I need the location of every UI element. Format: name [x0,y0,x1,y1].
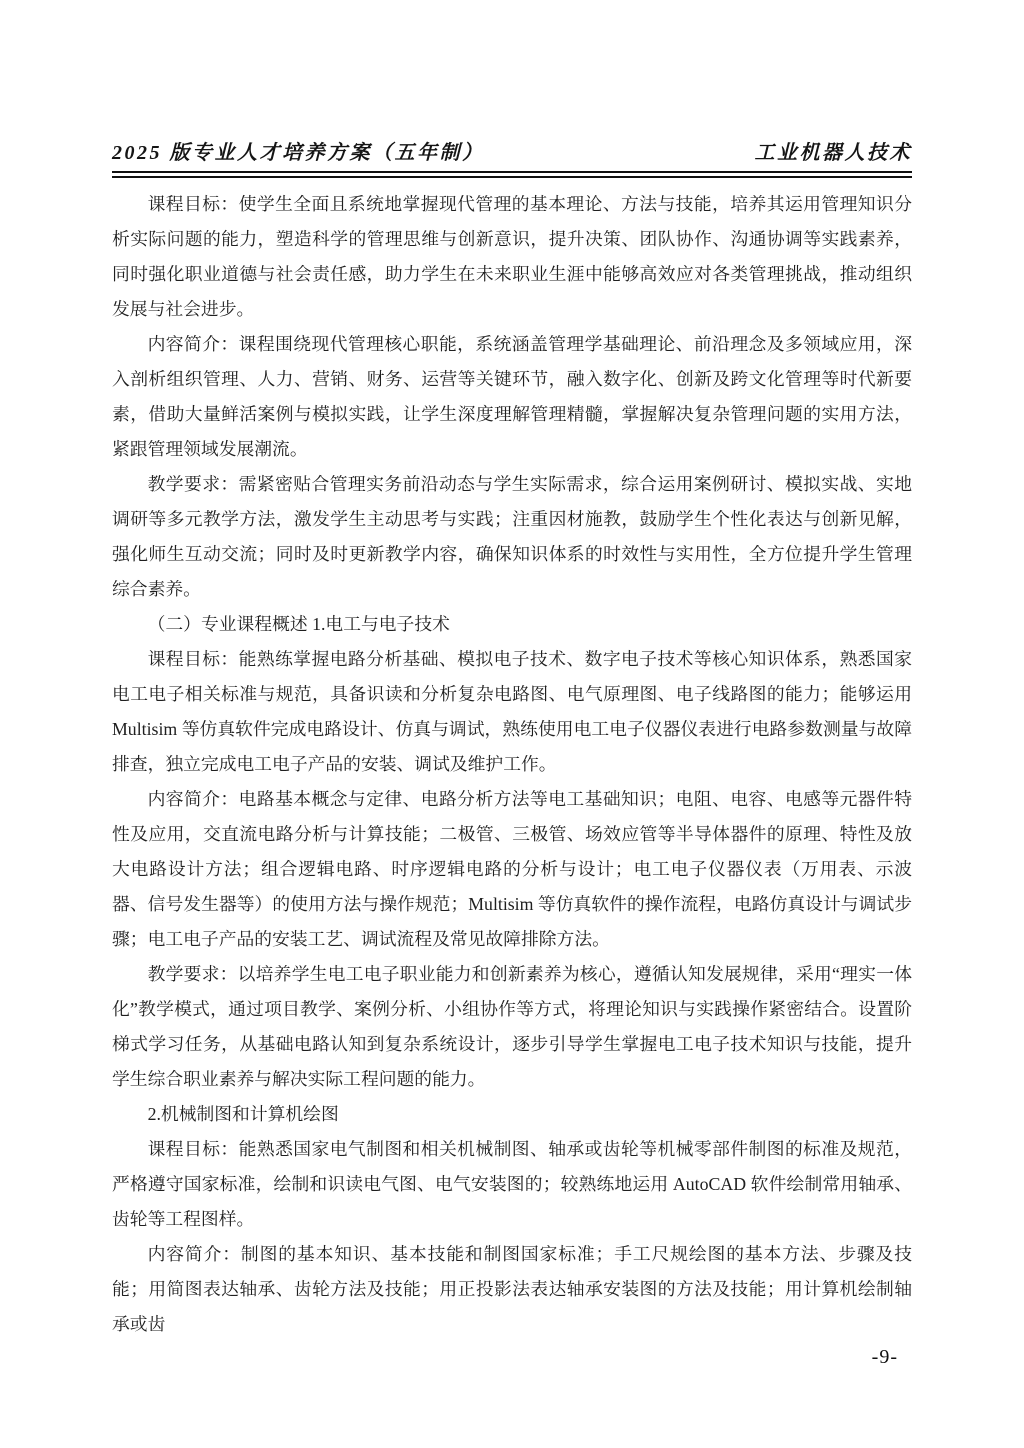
header-divider-double-rule [112,171,912,178]
section-heading-mechanical-drawing: 2.机械制图和计算机绘图 [112,1097,912,1132]
paragraph-content-intro-management: 内容简介：课程围绕现代管理核心职能，系统涵盖管理学基础理论、前沿理念及多领域应用… [112,327,912,467]
paragraph-course-objective-drawing: 课程目标：能熟悉国家电气制图和相关机械制图、轴承或齿轮等机械零部件制图的标准及规… [112,1132,912,1237]
page-header: 2025 版专业人才培养方案（五年制） 工业机器人技术 [112,136,912,165]
page-content: 2025 版专业人才培养方案（五年制） 工业机器人技术 课程目标：使学生全面且系… [112,0,912,1342]
paragraph-course-objective-management: 课程目标：使学生全面且系统地掌握现代管理的基本理论、方法与技能，培养其运用管理知… [112,187,912,327]
paragraph-content-intro-electronics: 内容简介：电路基本概念与定律、电路分析方法等电工基础知识；电阻、电容、电感等元器… [112,782,912,957]
paragraph-course-objective-electronics: 课程目标：能熟练掌握电路分析基础、模拟电子技术、数字电子技术等核心知识体系，熟悉… [112,642,912,782]
paragraph-teaching-requirements-electronics: 教学要求：以培养学生电工电子职业能力和创新素养为核心，遵循认知发展规律，采用“理… [112,957,912,1097]
paragraph-content-intro-drawing: 内容简介：制图的基本知识、基本技能和制图国家标准；手工尺规绘图的基本方法、步骤及… [112,1237,912,1342]
header-right-title: 工业机器人技术 [755,136,913,165]
document-page: 2025 版专业人才培养方案（五年制） 工业机器人技术 课程目标：使学生全面且系… [0,0,1024,1448]
paragraph-teaching-requirements-management: 教学要求：需紧密贴合管理实务前沿动态与学生实际需求，综合运用案例研讨、模拟实战、… [112,467,912,607]
section-heading-professional-courses: （二）专业课程概述 1.电工与电子技术 [112,607,912,642]
document-body: 课程目标：使学生全面且系统地掌握现代管理的基本理论、方法与技能，培养其运用管理知… [112,187,912,1342]
header-left-title: 2025 版专业人才培养方案（五年制） [112,136,485,165]
page-number: -9- [872,1346,898,1369]
